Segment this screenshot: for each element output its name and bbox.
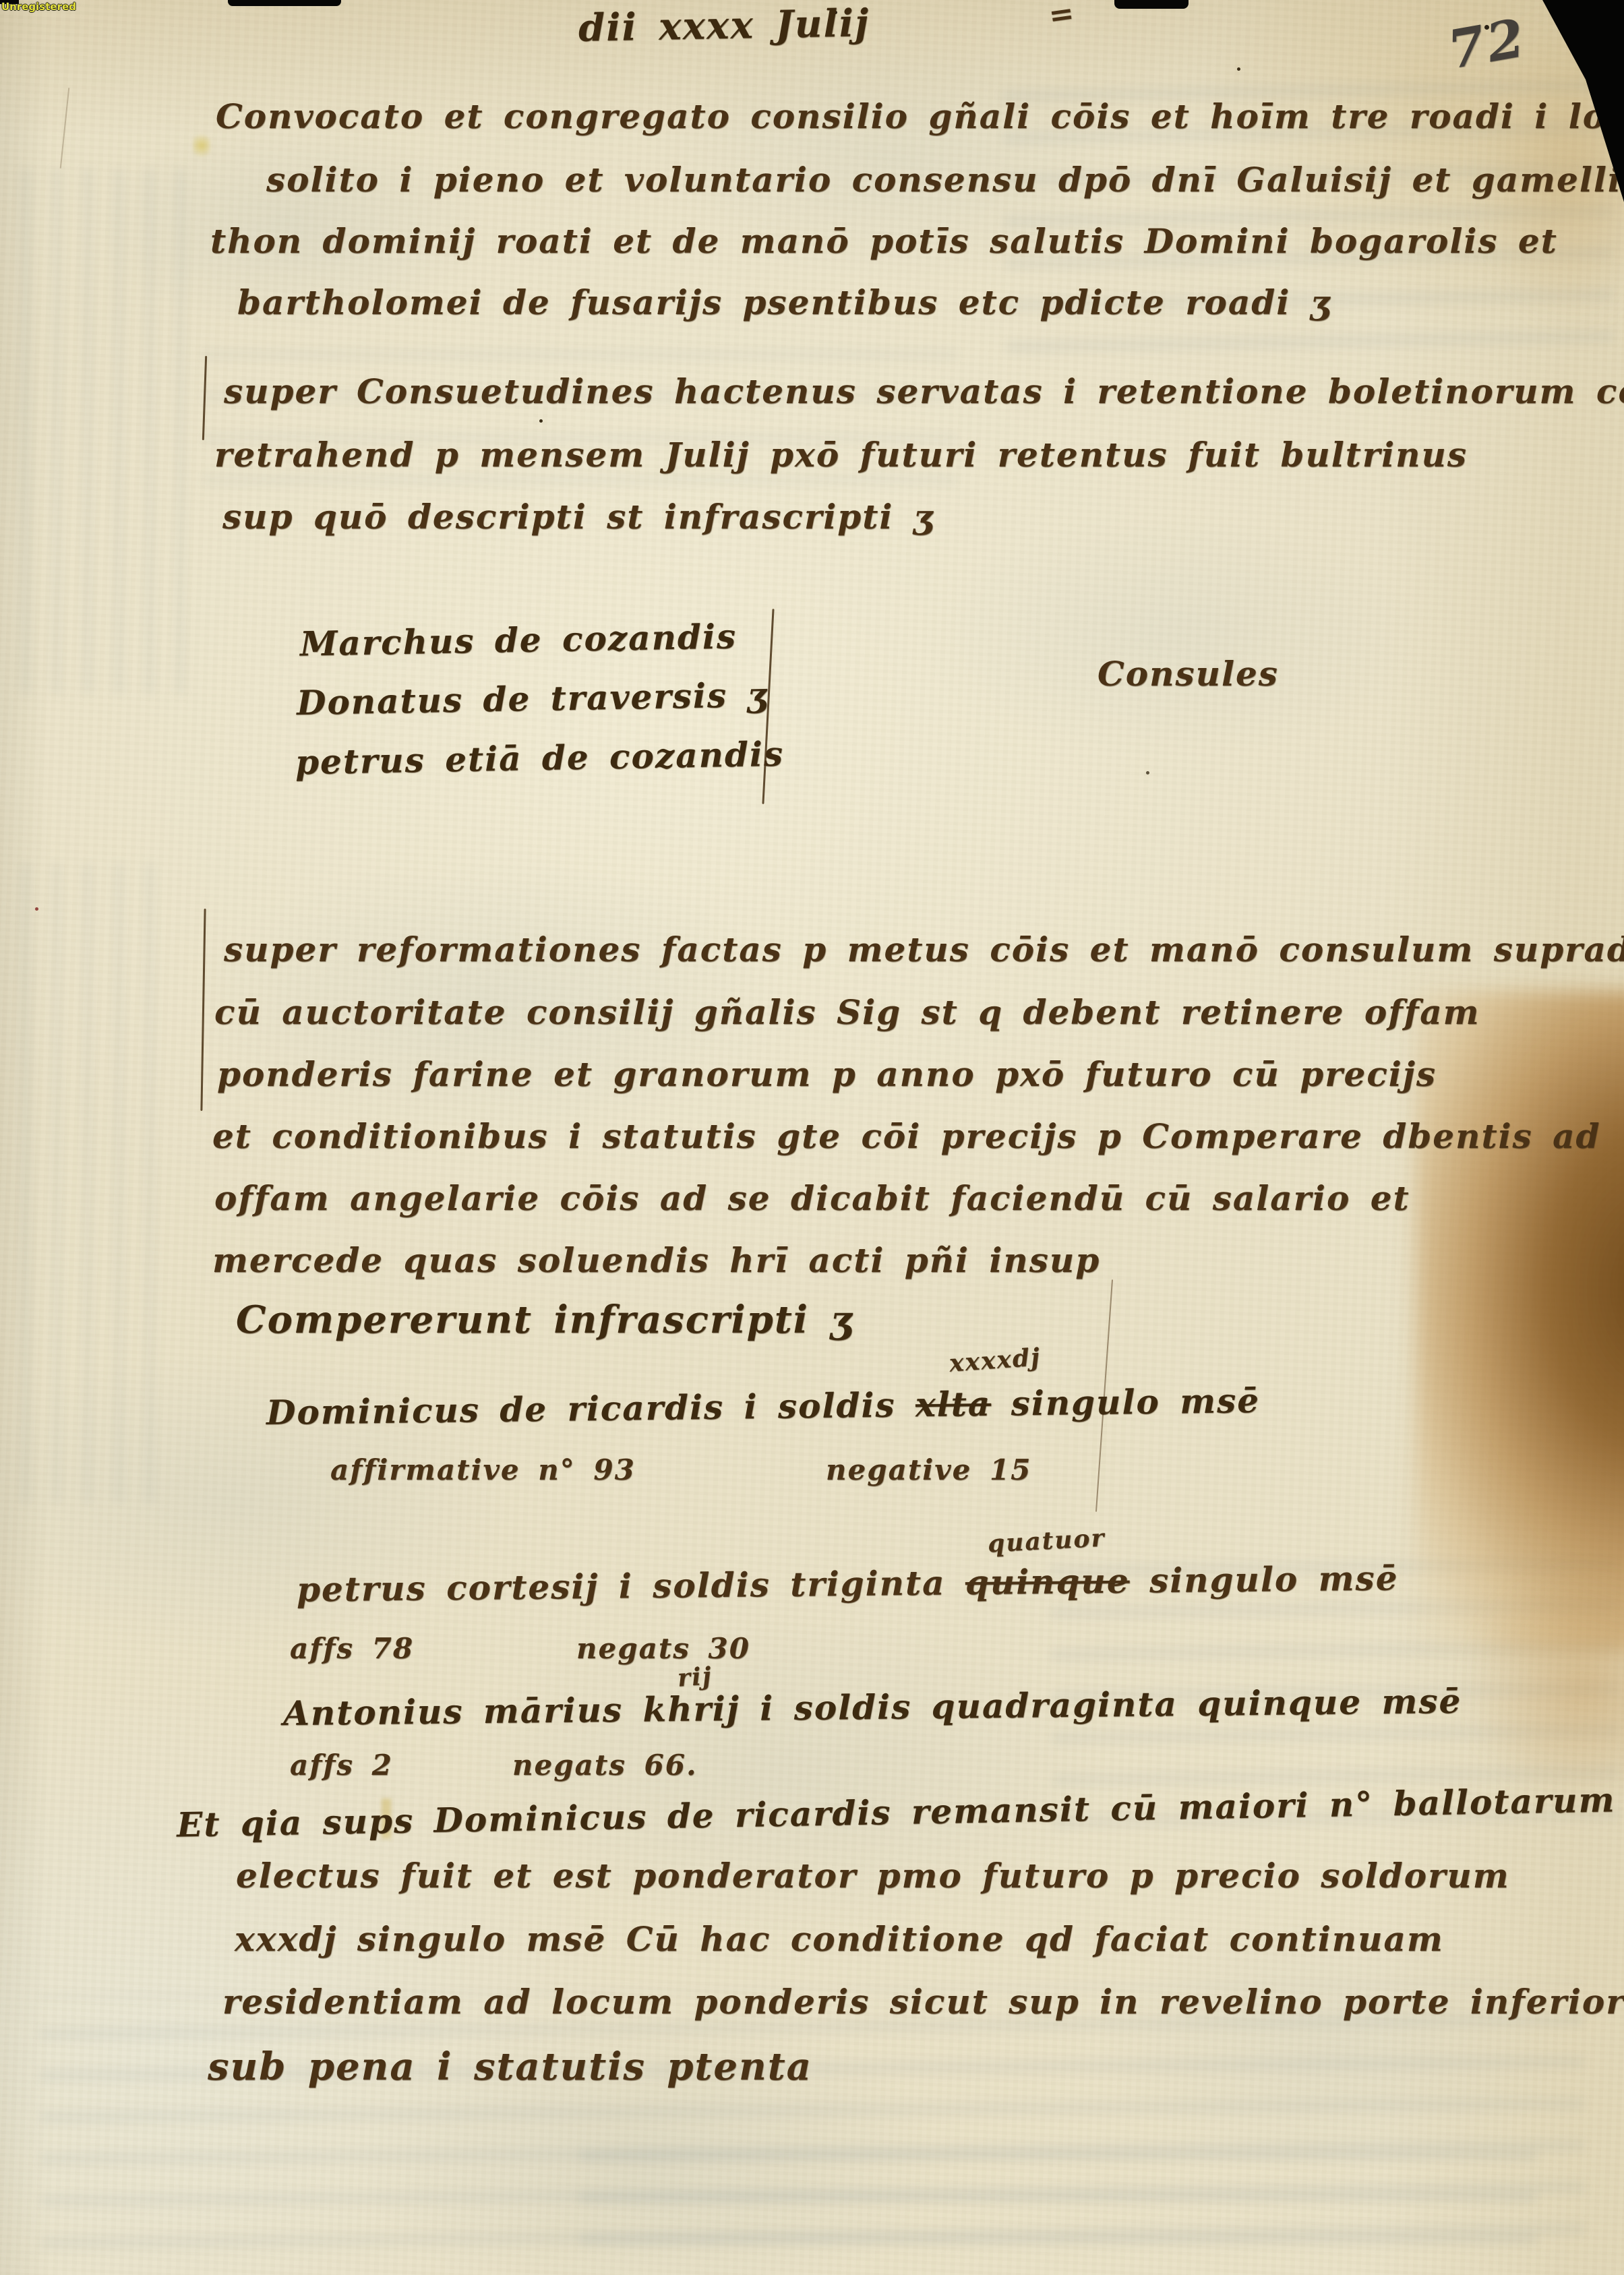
consul-name-2: Donatus de traversis ʒ <box>297 678 769 720</box>
consul-name-1: Marchus de cozandis <box>300 619 738 661</box>
para3-line4: et conditionibus i statutis gte cōi prec… <box>212 1120 1600 1153</box>
vote3-superscript: rij <box>677 1664 713 1691</box>
backdrop-notch <box>1114 0 1189 9</box>
para3-line1: super reformationes factas p metus cōis … <box>224 933 1624 967</box>
para2-line3: sup quō descripti st infrascripti ʒ <box>222 500 934 534</box>
para3-line6: mercede quas soluendis hrī acti pñi insu… <box>212 1244 1100 1277</box>
para1-line3: thon dominij roati et de manō potīs salu… <box>210 224 1558 258</box>
para4-line4: residentiam ad locum ponderis sicut sup … <box>222 1985 1624 2019</box>
lower-stain <box>1463 1564 1624 1807</box>
consul-name-3: petrus etiā de cozandis <box>295 737 785 780</box>
vote3-negative: negats 66. <box>512 1751 698 1780</box>
vote1-superscript: xxxxdj <box>949 1345 1042 1375</box>
parchment-page: dii xxxx Julij = Convocato et congregato… <box>0 0 1624 2275</box>
para3-line5: offam angelarie cōis ad se dicabit facie… <box>214 1182 1410 1215</box>
showthrough-left-column <box>0 169 185 694</box>
heading-flourish: = <box>1047 0 1077 31</box>
para1-line1: Convocato et congregato consilio gñali c… <box>216 100 1624 133</box>
consuls-label: Consules <box>1097 657 1279 691</box>
vote2-struck-word: quinque <box>965 1561 1130 1603</box>
para1-line2: solito i pieno et voluntario consensu dp… <box>266 163 1622 197</box>
para1-line4: bartholomei de fusarijs psentibus etc pd… <box>237 286 1331 320</box>
vote2-pre: petrus cortesij i soldis triginta <box>297 1563 965 1609</box>
showthrough-bottom-dense <box>580 2144 1537 2275</box>
vote2-negative: negats 30 <box>576 1635 750 1663</box>
vote1-affirmative: affirmative n° 93 <box>330 1456 636 1484</box>
vote2-affirmative: affs 78 <box>290 1635 414 1663</box>
vote3-post: quinque msē <box>1197 1681 1462 1724</box>
para3-line3: ponderis farine et granorum p anno pxō f… <box>217 1058 1437 1091</box>
backdrop-notch <box>228 0 341 6</box>
para4-line5: sub pena i statutis ptenta <box>208 2048 812 2086</box>
vote1-negative: negative 15 <box>826 1456 1031 1484</box>
burn-stain <box>1416 991 1624 1651</box>
vote1-struck-word: xlta <box>915 1384 992 1424</box>
para3-line7: Compererunt infrascripti ʒ <box>236 1301 853 1339</box>
manuscript-photo: dii xxxx Julij = Convocato et congregato… <box>0 0 1624 2275</box>
date-heading: dii xxxx Julij <box>578 4 870 47</box>
para2-line2: retrahend p mensem Julij pxō futuri rete… <box>214 438 1468 472</box>
vote1-post: singulo msē <box>991 1381 1261 1424</box>
vote3-affirmative: affs 2 <box>290 1751 393 1780</box>
para2-line1: super Consuetudines hactenus servatas i … <box>224 375 1624 408</box>
para4-line3: xxxdj singulo msē Cū hac conditione qd f… <box>235 1922 1444 1956</box>
vote2-superscript: quatuor <box>987 1525 1106 1556</box>
vote1-pre: Dominicus de ricardis i soldis <box>266 1385 916 1432</box>
vote2-post: singulo msē <box>1129 1558 1398 1600</box>
unregistered-watermark: Unregistered <box>1 1 76 13</box>
para3-line2: cū auctoritate consilij gñalis Sig st q … <box>214 996 1480 1029</box>
yellow-fleck <box>193 131 210 160</box>
para4-line2: electus fuit et est ponderator pmo futur… <box>236 1859 1510 1893</box>
showthrough-left-lower <box>0 863 169 1503</box>
